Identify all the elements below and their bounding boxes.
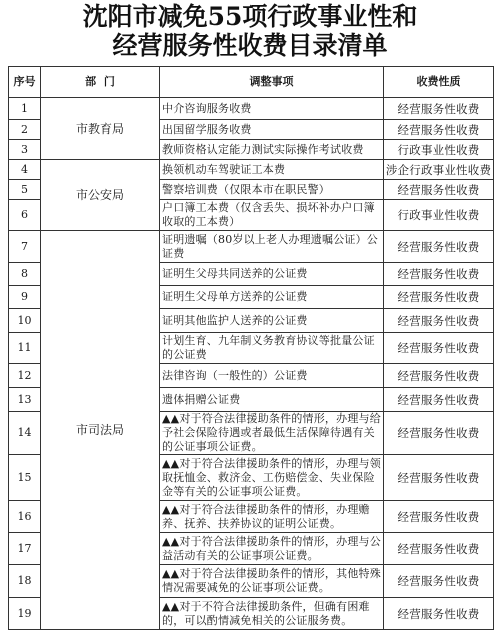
seq-cell: 6 bbox=[9, 200, 41, 231]
seq-cell: 16 bbox=[9, 501, 41, 533]
header-item: 调整事项 bbox=[160, 67, 384, 98]
table-header-row: 序号 部 门 调整事项 收费性质 bbox=[9, 67, 494, 98]
document-title: 沈阳市减免55项行政事业性和 经营服务性收费目录清单 bbox=[0, 2, 500, 60]
header-nature: 收费性质 bbox=[384, 67, 494, 98]
seq-cell: 15 bbox=[9, 455, 41, 501]
seq-cell: 19 bbox=[9, 598, 41, 630]
item-cell: 法律咨询（一般性的）公证费 bbox=[160, 364, 384, 388]
item-cell: ▲▲对于符合法律援助条件的情形，办理与给予社会保险待遇或者最低生活保障待遇有关的… bbox=[160, 412, 384, 455]
nature-cell: 经营服务性收费 bbox=[384, 98, 494, 120]
seq-cell: 18 bbox=[9, 565, 41, 598]
nature-cell: 经营服务性收费 bbox=[384, 598, 494, 630]
item-cell: 中介咨询服务收费 bbox=[160, 98, 384, 120]
seq-cell: 17 bbox=[9, 533, 41, 565]
item-cell: ▲▲对于符合法律援助条件的情形，办理与领取抚恤金、救济金、工伤赔偿金、失业保险金… bbox=[160, 455, 384, 501]
seq-cell: 13 bbox=[9, 388, 41, 412]
dept-cell-justice: 市司法局 bbox=[41, 231, 160, 630]
seq-cell: 14 bbox=[9, 412, 41, 455]
nature-cell: 经营服务性收费 bbox=[384, 388, 494, 412]
seq-cell: 10 bbox=[9, 309, 41, 333]
seq-cell: 1 bbox=[9, 98, 41, 120]
dept-cell-police: 市公安局 bbox=[41, 160, 160, 231]
seq-cell: 4 bbox=[9, 160, 41, 180]
item-cell: 遗体捐赠公证费 bbox=[160, 388, 384, 412]
nature-cell: 经营服务性收费 bbox=[384, 501, 494, 533]
item-cell: 换领机动车驾驶证工本费 bbox=[160, 160, 384, 180]
item-cell: 教师资格认定能力测试实际操作考试收费 bbox=[160, 140, 384, 160]
nature-cell: 经营服务性收费 bbox=[384, 412, 494, 455]
nature-cell: 经营服务性收费 bbox=[384, 533, 494, 565]
table-row: 1 市教育局 中介咨询服务收费 经营服务性收费 bbox=[9, 98, 494, 120]
table-row: 4 市公安局 换领机动车驾驶证工本费 涉企行政事业性收费 bbox=[9, 160, 494, 180]
seq-cell: 8 bbox=[9, 263, 41, 286]
nature-cell: 经营服务性收费 bbox=[384, 333, 494, 364]
item-cell: ▲▲对于符合法律援助条件的情形，其他特殊情况需要减免的公证事项公证费。 bbox=[160, 565, 384, 598]
nature-cell: 行政事业性收费 bbox=[384, 140, 494, 160]
dept-cell-education: 市教育局 bbox=[41, 98, 160, 160]
item-cell: ▲▲对于不符合法律援助条件，但确有困难的，可以酌情减免相关的公证服务费。 bbox=[160, 598, 384, 630]
item-cell: 证明生父母共同送养的公证费 bbox=[160, 263, 384, 286]
nature-cell: 经营服务性收费 bbox=[384, 231, 494, 263]
nature-cell: 行政事业性收费 bbox=[384, 200, 494, 231]
nature-cell: 经营服务性收费 bbox=[384, 364, 494, 388]
item-cell: 户口簿工本费（仅含丢失、损坏补办户口簿收取的工本费） bbox=[160, 200, 384, 231]
nature-cell: 经营服务性收费 bbox=[384, 455, 494, 501]
item-cell: 出国留学服务收费 bbox=[160, 120, 384, 140]
header-seq: 序号 bbox=[9, 67, 41, 98]
fee-list-table: 序号 部 门 调整事项 收费性质 1 市教育局 中介咨询服务收费 经营服务性收费… bbox=[8, 66, 494, 630]
seq-cell: 11 bbox=[9, 333, 41, 364]
nature-cell: 涉企行政事业性收费 bbox=[384, 160, 494, 180]
item-cell: 证明生父母单方送养的公证费 bbox=[160, 286, 384, 309]
nature-cell: 经营服务性收费 bbox=[384, 180, 494, 200]
item-cell: 证明其他监护人送养的公证费 bbox=[160, 309, 384, 333]
title-line-1: 沈阳市减免55项行政事业性和 bbox=[0, 2, 500, 31]
nature-cell: 经营服务性收费 bbox=[384, 286, 494, 309]
title-line-2: 经营服务性收费目录清单 bbox=[0, 31, 500, 60]
item-cell: ▲▲对于符合法律援助条件的情形，办理赡养、抚养、扶养协议的证明公证费。 bbox=[160, 501, 384, 533]
seq-cell: 3 bbox=[9, 140, 41, 160]
item-cell: 计划生育、九年制义务教育协议等批量公证的公证费 bbox=[160, 333, 384, 364]
item-cell: 警察培训费（仅限本市在职民警） bbox=[160, 180, 384, 200]
seq-cell: 9 bbox=[9, 286, 41, 309]
nature-cell: 经营服务性收费 bbox=[384, 565, 494, 598]
table-row: 7 市司法局 证明遗嘱（80岁以上老人办理遗嘱公证）公证费 经营服务性收费 bbox=[9, 231, 494, 263]
item-cell: 证明遗嘱（80岁以上老人办理遗嘱公证）公证费 bbox=[160, 231, 384, 263]
nature-cell: 经营服务性收费 bbox=[384, 263, 494, 286]
header-dept: 部 门 bbox=[41, 67, 160, 98]
seq-cell: 7 bbox=[9, 231, 41, 263]
nature-cell: 经营服务性收费 bbox=[384, 120, 494, 140]
seq-cell: 2 bbox=[9, 120, 41, 140]
seq-cell: 12 bbox=[9, 364, 41, 388]
nature-cell: 经营服务性收费 bbox=[384, 309, 494, 333]
seq-cell: 5 bbox=[9, 180, 41, 200]
item-cell: ▲▲对于符合法律援助条件的情形，办理与公益活动有关的公证事项公证费。 bbox=[160, 533, 384, 565]
